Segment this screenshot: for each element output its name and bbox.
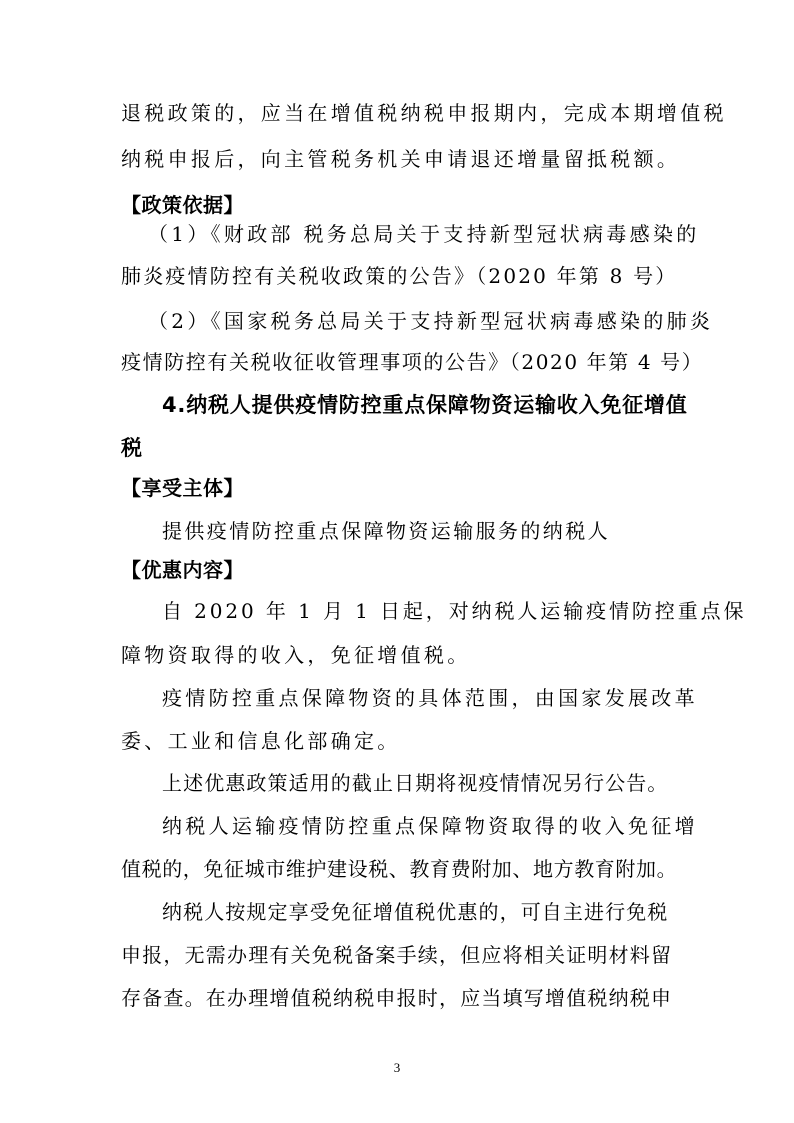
body-text-line: 值税的，免征城市维护建设税、教育费附加、地方教育附加。: [121, 857, 674, 881]
body-text-line: 纳税人运输疫情防控重点保障物资取得的收入免征增: [162, 814, 674, 838]
body-text-line: 纳税人按规定享受免征增值税优惠的，可自主进行免税: [162, 900, 674, 924]
reference-item-2: （2）《国家税务总局关于支持新型冠状病毒感染的肺炎: [148, 309, 674, 333]
body-text-line: 自 2020 年 1 月 1 日起，对纳税人运输疫情防控重点保: [162, 599, 674, 623]
reference-item-2-cont: 疫情防控有关税收征收管理事项的公告》（2020 年第 4 号）: [121, 350, 674, 374]
body-text-line: 纳税申报后，向主管税务机关申请退还增量留抵税额。: [121, 147, 674, 171]
section-heading-beneficiary: 【享受主体】: [121, 476, 674, 500]
body-text-line: 疫情防控重点保障物资的具体范围，由国家发展改革: [162, 686, 674, 710]
body-text-line: 委、工业和信息化部确定。: [121, 729, 674, 753]
section-heading-preferential-content: 【优惠内容】: [121, 558, 674, 582]
item-title-4-cont: 税: [121, 436, 674, 460]
section-heading-policy-basis: 【政策依据】: [121, 193, 674, 217]
beneficiary-text: 提供疫情防控重点保障物资运输服务的纳税人: [162, 519, 674, 543]
reference-item-1: （1）《财政部 税务总局关于支持新型冠状病毒感染的: [148, 222, 674, 246]
document-page: 退税政策的，应当在增值税纳税申报期内，完成本期增值税 纳税申报后，向主管税务机关…: [0, 0, 794, 1123]
body-text-line: 存备查。在办理增值税纳税申报时，应当填写增值税纳税申: [121, 986, 674, 1010]
body-text-line: 障物资取得的收入，免征增值税。: [121, 643, 674, 667]
body-text-line: 退税政策的，应当在增值税纳税申报期内，完成本期增值税: [121, 101, 674, 125]
reference-item-1-cont: 肺炎疫情防控有关税收政策的公告》（2020 年第 8 号）: [121, 264, 674, 288]
page-number: 3: [0, 1060, 794, 1076]
item-title-4: 4.纳税人提供疫情防控重点保障物资运输收入免征增值: [162, 393, 715, 417]
body-text-line: 申报，无需办理有关免税备案手续，但应将相关证明材料留: [121, 943, 674, 967]
body-text-line: 上述优惠政策适用的截止日期将视疫情情况另行公告。: [162, 771, 674, 795]
